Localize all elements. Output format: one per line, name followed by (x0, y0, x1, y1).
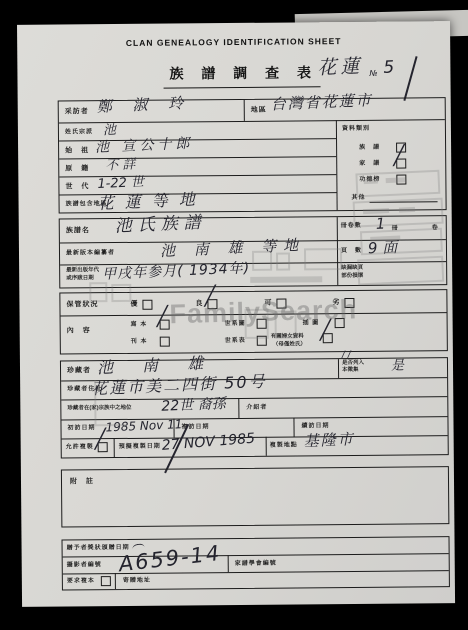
pubdate-label-line2: 或序跋日期 (66, 276, 94, 282)
position-value: 22世 裔孫 (161, 397, 226, 414)
divider (293, 417, 294, 436)
award-date-label: 贈予者獎狀頒贈日期 (67, 545, 130, 552)
generations-label: 世 代 (65, 183, 89, 190)
condition-excellent-checkbox (142, 300, 152, 310)
divider (338, 359, 339, 378)
region-label: 地區 (251, 107, 267, 114)
no-value-handwriting: 5 (383, 59, 395, 76)
ancestor-value: 池 宣公十郎 (95, 137, 194, 155)
copy-date-label: 預擬複製日期 (119, 444, 161, 450)
first-visit-label: 初訪日期 (68, 425, 96, 431)
content-printed-label: 刊 本 (131, 339, 148, 345)
stamp-mark (89, 282, 107, 302)
copy-place-value: 基隆市 (303, 432, 355, 449)
type-zupu-label: 族 譜 (359, 145, 380, 151)
stamp-bracket (94, 380, 140, 428)
keeper-value: 池 南 雄 (97, 355, 216, 376)
content-label: 內 容 (67, 327, 91, 334)
content-lineage-table-label: 世系表 (225, 338, 246, 344)
generations-value: 1-22 世 (97, 176, 144, 191)
introducer-label: 介紹者 (246, 405, 267, 411)
content-printed-checkbox (160, 337, 170, 347)
notes-label: 附 註 (70, 478, 94, 485)
content-manuscript-checkbox: ╱ (160, 320, 170, 330)
photographer-number-label: 攝影者編號 (67, 562, 102, 568)
genealogy-title-label: 族譜名 (66, 227, 90, 234)
admin-table: 贈予者獎狀頒贈日期 攝影者編號 家譜學會編號 A659-14 要求複本 寄贈地址 (62, 536, 450, 590)
type-jiapu-checkbox: ╱ (396, 158, 406, 168)
check-mark: ╱ (156, 308, 168, 327)
ancestor-label: 始 祖 (65, 147, 89, 154)
stamp-box (357, 256, 444, 286)
scanned-form-page: CLAN GENEALOGY IDENTIFICATION SHEET 族 譜 … (17, 21, 455, 607)
stamp-mark (94, 380, 126, 426)
english-title: CLAN GENEALOGY IDENTIFICATION SHEET (17, 35, 450, 49)
divider (59, 119, 445, 123)
surname-value: 池 (103, 124, 117, 138)
stamp-mark (304, 248, 342, 270)
interviewer-label: 采訪者 (65, 108, 89, 115)
listed-value: 是 (391, 359, 405, 373)
society-number-label: 家譜學會編號 (235, 561, 277, 567)
permit-copy-label: 允許複製 (66, 444, 94, 450)
followup-label: 續訪日期 (301, 423, 329, 429)
copy-request-label: 要求複本 (67, 578, 95, 584)
stamp-mark (250, 276, 322, 283)
region-note-handwriting: 花蓮 (317, 57, 364, 78)
notes-box: 附 註 (61, 466, 449, 527)
check-mark: ╱ (95, 430, 107, 449)
divider (228, 555, 229, 572)
stamp-mark (276, 253, 290, 271)
keeper-label: 珍藏者 (67, 367, 91, 374)
familysearch-watermark: FamilySearch (169, 294, 357, 330)
interviewer-value: 鄭 淑 玲 (96, 96, 191, 115)
surname-label: 姓氏宗派 (65, 129, 93, 135)
mailing-address-label: 寄贈地址 (123, 578, 151, 584)
copy-request-checkbox (101, 576, 111, 586)
copy-place-label: 複製地點 (270, 442, 298, 448)
type-jiapu-label: 家 譜 (359, 161, 380, 167)
microfilm-stamp (351, 170, 448, 286)
listed-label-line2: 本徵集 (342, 368, 359, 374)
region-value: 台灣省花蓮市 (270, 93, 373, 112)
divider (244, 100, 245, 121)
check-mark: ╱ (393, 147, 405, 166)
stamp-mark (386, 177, 406, 183)
divider (115, 573, 116, 589)
divider (173, 419, 174, 438)
permit-copy-checkbox: ╱ (98, 442, 108, 452)
listed-label-line1: 是否列入 (342, 361, 364, 367)
stamp-mark (399, 207, 415, 213)
pen-slash (403, 56, 417, 101)
compiler-label: 最新版本編纂者 (66, 250, 115, 256)
pubdate-label-line1: 最新出版年代 (66, 268, 99, 274)
data-type-header: 資料類別 (342, 126, 370, 132)
stamp-mark (252, 251, 272, 271)
content-manuscript-label: 寫 本 (131, 322, 148, 328)
stamp-mark (111, 284, 131, 302)
genealogy-title-value: 池氏族譜 (114, 215, 207, 236)
divider (266, 437, 267, 456)
divider (114, 438, 115, 457)
no-label-handwriting: № (369, 70, 378, 78)
chinese-title: 族 譜 調 查 表 (163, 62, 320, 88)
divider (336, 120, 338, 210)
divider (238, 398, 239, 418)
origin-label: 原 籍 (65, 165, 89, 172)
divider (59, 156, 336, 159)
origin-value: 不 詳 (105, 158, 136, 172)
coverage-value: 花 蓮 等 地 (97, 192, 198, 212)
stamp-mark (364, 178, 378, 184)
stamp-fragment (89, 282, 133, 306)
